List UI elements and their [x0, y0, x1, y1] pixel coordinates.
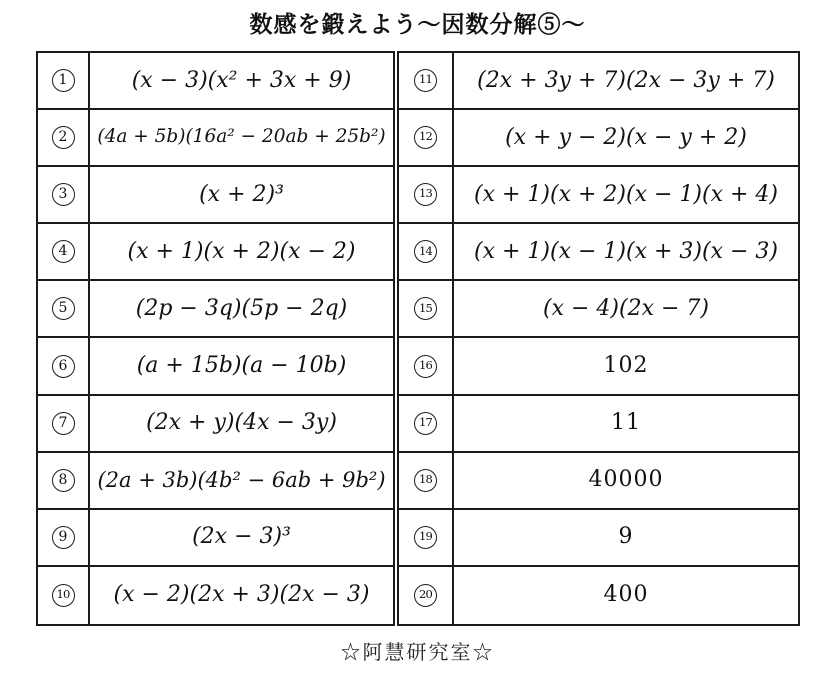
circled-number: 5	[52, 297, 75, 320]
answer-cell: (4a + 5b)(16a² − 20ab + 25b²)	[90, 110, 393, 167]
circled-number: 13	[414, 183, 437, 206]
answer-cell: (x + y − 2)(x − y + 2)	[454, 110, 798, 167]
number-cell: 3	[38, 167, 90, 224]
answer-cell: (x + 1)(x + 2)(x − 1)(x + 4)	[454, 167, 798, 224]
circled-number: 14	[414, 240, 437, 263]
circled-number: 7	[52, 412, 75, 435]
answer-table-left: 1(x − 3)(x² + 3x + 9)2(4a + 5b)(16a² − 2…	[36, 51, 395, 626]
answer-text: 11	[611, 412, 641, 434]
number-cell: 15	[399, 281, 454, 338]
answer-cell: (x + 2)³	[90, 167, 393, 224]
number-cell: 9	[38, 510, 90, 567]
circled-number: 20	[414, 584, 437, 607]
footer-signature: ☆阿慧研究室☆	[0, 636, 835, 665]
number-cell: 12	[399, 110, 454, 167]
number-cell: 8	[38, 453, 90, 510]
number-cell: 6	[38, 338, 90, 395]
number-cell: 13	[399, 167, 454, 224]
answer-cell: (2x + y)(4x − 3y)	[90, 396, 393, 453]
circled-number: 16	[414, 355, 437, 378]
answer-text: 102	[604, 355, 649, 377]
answer-text: (x + 1)(x + 2)(x − 2)	[128, 241, 356, 263]
number-cell: 16	[399, 338, 454, 395]
number-cell: 4	[38, 224, 90, 281]
answer-text: (x + 1)(x + 2)(x − 1)(x + 4)	[474, 184, 778, 206]
circled-number: 6	[52, 355, 75, 378]
answer-cell: (2p − 3q)(5p − 2q)	[90, 281, 393, 338]
answer-text: (x − 2)(2x + 3)(2x − 3)	[114, 584, 370, 606]
circled-number: 3	[52, 183, 75, 206]
answer-cell: 11	[454, 396, 798, 453]
page-title: 数感を鍛えよう～因数分解⑤～	[0, 6, 835, 39]
circled-number: 8	[52, 469, 75, 492]
circled-number: 2	[52, 126, 75, 149]
answer-cell: 400	[454, 567, 798, 624]
answer-cell: 102	[454, 338, 798, 395]
answer-cell: (x + 1)(x + 2)(x − 2)	[90, 224, 393, 281]
circled-number: 18	[414, 469, 437, 492]
answer-cell: (x − 4)(2x − 7)	[454, 281, 798, 338]
answer-cell: (x − 3)(x² + 3x + 9)	[90, 53, 393, 110]
number-cell: 2	[38, 110, 90, 167]
answer-text: (x − 3)(x² + 3x + 9)	[132, 70, 352, 92]
answer-cell: (x − 2)(2x + 3)(2x − 3)	[90, 567, 393, 624]
number-cell: 5	[38, 281, 90, 338]
answer-text: (2x + y)(4x − 3y)	[146, 412, 337, 434]
worksheet-page: 数感を鍛えよう～因数分解⑤～ 1(x − 3)(x² + 3x + 9)2(4a…	[0, 0, 835, 673]
number-cell: 19	[399, 510, 454, 567]
answer-text: (x + y − 2)(x − y + 2)	[505, 127, 747, 149]
number-cell: 17	[399, 396, 454, 453]
answer-text: 400	[604, 584, 649, 606]
answer-cell: (2a + 3b)(4b² − 6ab + 9b²)	[90, 453, 393, 510]
number-cell: 11	[399, 53, 454, 110]
answer-table-right: 11(2x + 3y + 7)(2x − 3y + 7)12(x + y − 2…	[397, 51, 800, 626]
number-cell: 10	[38, 567, 90, 624]
circled-number: 11	[414, 69, 437, 92]
circled-number: 15	[414, 297, 437, 320]
answer-cell: (2x − 3)³	[90, 510, 393, 567]
answer-cell: 9	[454, 510, 798, 567]
circled-number: 19	[414, 526, 437, 549]
circled-number: 17	[414, 412, 437, 435]
circled-number: 1	[52, 69, 75, 92]
number-cell: 20	[399, 567, 454, 624]
answer-cell: (x + 1)(x − 1)(x + 3)(x − 3)	[454, 224, 798, 281]
answer-text: (2x + 3y + 7)(2x − 3y + 7)	[477, 70, 775, 92]
number-cell: 14	[399, 224, 454, 281]
answer-text: (4a + 5b)(16a² − 20ab + 25b²)	[97, 128, 385, 147]
answer-text: 9	[619, 526, 634, 548]
circled-number: 9	[52, 526, 75, 549]
answer-text: (2x − 3)³	[192, 526, 291, 548]
circled-number: 12	[414, 126, 437, 149]
answer-text: (x − 4)(2x − 7)	[543, 298, 709, 320]
answer-text: 40000	[589, 469, 664, 491]
answer-text: (2a + 3b)(4b² − 6ab + 9b²)	[97, 470, 385, 491]
answer-text: (x + 1)(x − 1)(x + 3)(x − 3)	[474, 241, 778, 263]
answer-text: (a + 15b)(a − 10b)	[137, 355, 347, 377]
circled-number: 10	[52, 584, 75, 607]
answer-cell: 40000	[454, 453, 798, 510]
answer-cell: (2x + 3y + 7)(2x − 3y + 7)	[454, 53, 798, 110]
number-cell: 1	[38, 53, 90, 110]
answer-text: (2p − 3q)(5p − 2q)	[136, 298, 348, 320]
number-cell: 7	[38, 396, 90, 453]
answer-text: (x + 2)³	[199, 184, 284, 206]
answer-cell: (a + 15b)(a − 10b)	[90, 338, 393, 395]
number-cell: 18	[399, 453, 454, 510]
circled-number: 4	[52, 240, 75, 263]
